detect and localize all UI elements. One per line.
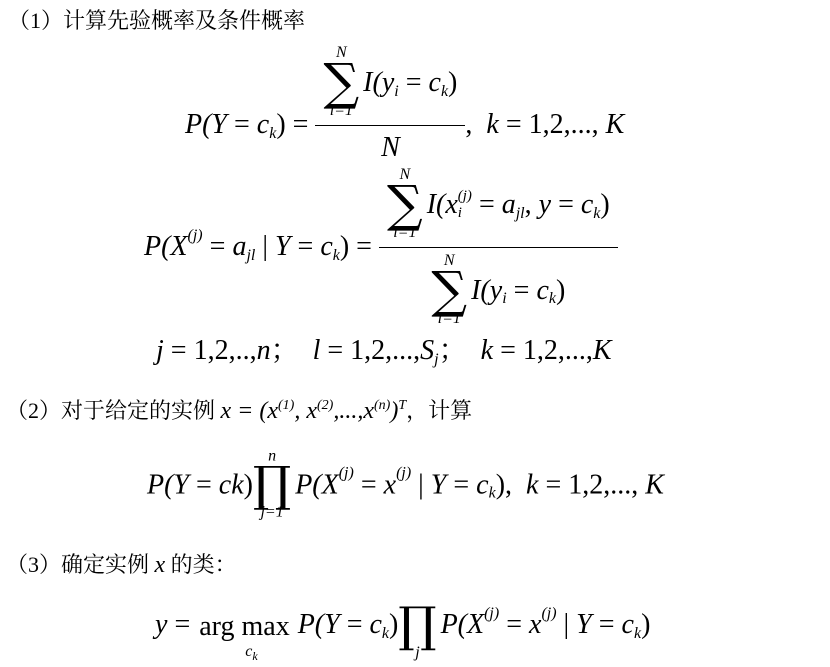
math-token: = — [399, 66, 429, 100]
product-operator: ∏ j — [398, 606, 436, 662]
math-token: c — [622, 608, 634, 642]
math-token: c — [245, 643, 252, 660]
math-token: c — [369, 608, 381, 642]
numerator-content: N ∑ i=1 I(yi = ck) — [323, 45, 457, 120]
subscript-j: j — [434, 352, 438, 368]
math-token: I(y — [363, 66, 394, 100]
math-token: c — [536, 274, 548, 308]
math-token: c — [257, 108, 269, 142]
formula-posterior-product: P(Y = ck) n ∏ j=1 P(X(j) = x(j) | Y = ck… — [147, 449, 664, 522]
fraction-denominator: N ∑ i=1 I(yi = ck) — [379, 247, 618, 329]
pi-icon: ∏ — [398, 606, 436, 645]
subscript-i: i — [394, 84, 398, 100]
math-token: = — [354, 468, 384, 502]
math-token: = — [472, 188, 502, 222]
math-token: Y — [576, 608, 592, 642]
math-token: = — [507, 274, 537, 308]
math-token: I(x — [427, 188, 458, 222]
formula-conditional-probability: P(X(j) = ajl | Y = ck) = N ∑ i=1 I(x(j)i… — [144, 165, 618, 329]
section-1-heading-text: （1）计算先验概率及条件概率 — [8, 6, 305, 36]
math-token: P(Y — [147, 468, 189, 502]
math-token: = 1,2,..., — [538, 468, 645, 502]
superscript-j: (j) — [396, 466, 411, 482]
math-token: c — [476, 468, 488, 502]
subscript-k: k — [549, 291, 556, 307]
denominator-content: N ∑ i=1 I(yi = ck) — [431, 253, 565, 328]
math-token: P(X — [441, 608, 485, 642]
subscript-k: k — [489, 486, 496, 502]
math-token: x — [529, 608, 541, 642]
math-token: k — [526, 468, 538, 502]
math-token: = 1,2,.., — [164, 334, 257, 368]
subscript-k: k — [333, 248, 340, 264]
math-token: P(Y — [298, 608, 340, 642]
sum-operator: N ∑ i=1 — [323, 45, 359, 120]
argmax-operator: arg max ck — [199, 610, 289, 660]
superscript-j: (j) — [458, 188, 472, 205]
math-token: = — [446, 468, 476, 502]
math-token: ) — [389, 608, 398, 642]
sum-operator: N ∑ i=1 — [387, 167, 423, 242]
subscript-i: i — [458, 205, 462, 222]
superscript-1: (1) — [278, 399, 294, 413]
math-token: ) — [556, 274, 565, 308]
math-token: k — [486, 108, 498, 142]
math-token: ) = — [340, 230, 379, 264]
subscript-k: k — [382, 626, 389, 642]
formula-index-ranges: j = 1,2,..,n； l = 1,2,...,Sj； k = 1,2,..… — [156, 334, 612, 368]
conditional-bar: | — [255, 230, 275, 264]
math-token: = — [592, 608, 622, 642]
subscript-k: k — [269, 126, 276, 142]
math-token: a — [502, 188, 516, 222]
math-token: P(Y — [185, 108, 227, 142]
product-operator: n ∏ j=1 — [253, 449, 291, 522]
subscript-jl: jl — [246, 248, 255, 264]
math-token: = — [551, 188, 581, 222]
math-token: , — [294, 398, 306, 425]
math-token: ) — [244, 468, 253, 502]
math-token: j — [156, 334, 164, 368]
math-token: x — [221, 398, 232, 425]
superscript-j: (j) — [188, 228, 203, 244]
superscript-n: (n) — [374, 399, 390, 413]
sum-lower-limit: i=1 — [393, 225, 416, 242]
math-token: c — [429, 66, 441, 100]
math-token: = — [167, 608, 197, 642]
math-token: ) — [390, 398, 398, 425]
sigma-icon: ∑ — [431, 270, 467, 311]
superscript-j: (j) — [541, 606, 556, 622]
math-token: K — [593, 334, 612, 368]
math-token: ) — [448, 66, 457, 100]
fraction-numerator: N ∑ i=1 I(yi = ck) — [315, 41, 465, 125]
math-token: x — [267, 398, 278, 425]
math-token: n — [257, 334, 271, 368]
sum-operator: N ∑ i=1 — [431, 253, 467, 328]
math-token: x — [306, 398, 317, 425]
superscript-T: T — [398, 399, 406, 413]
math-token: x — [384, 468, 396, 502]
conditional-bar: | — [557, 608, 577, 642]
math-token: = — [291, 230, 321, 264]
math-token: a — [232, 230, 246, 264]
formula-argmax-classifier: y = arg max ck P(Y = ck) ∏ j P(X(j) = x(… — [155, 597, 650, 653]
math-token: = 1,2,..., — [499, 108, 606, 142]
math-token: N — [381, 131, 400, 165]
math-token: y — [539, 188, 551, 222]
section-3-heading-suffix: 的类： — [165, 550, 237, 580]
section-1-heading: （1）计算先验概率及条件概率 — [8, 6, 305, 36]
math-token: = — [189, 468, 219, 502]
sigma-icon: ∑ — [323, 62, 359, 103]
math-token: = — [499, 608, 529, 642]
math-token: ,..., — [333, 398, 363, 425]
math-token: ) = — [276, 108, 315, 142]
section-3-heading-text: （3）确定实例 — [6, 550, 155, 580]
math-token: = ( — [231, 398, 267, 425]
sum-lower-limit: i=1 — [330, 103, 353, 120]
math-token: k — [481, 334, 493, 368]
denominator-content: N — [381, 131, 400, 165]
math-token: Y — [431, 468, 447, 502]
math-token: K — [645, 468, 664, 502]
product-lower-limit: j=1 — [260, 505, 283, 522]
stacked-sup-sub: (j)i — [458, 188, 472, 221]
math-token: , — [465, 108, 486, 142]
superscript-j: (j) — [484, 606, 499, 622]
math-token: Y — [275, 230, 291, 264]
subscript-k: k — [441, 84, 448, 100]
math-token: P(X — [144, 230, 188, 264]
math-token: y — [155, 608, 167, 642]
pi-icon: ∏ — [253, 465, 291, 504]
math-token: x — [155, 552, 166, 579]
math-token: , — [525, 188, 539, 222]
argmax-under-script: ck — [199, 644, 257, 660]
semicolon: ； — [439, 334, 481, 368]
math-token: = — [227, 108, 257, 142]
superscript-j: (j) — [339, 466, 354, 482]
math-token: = — [340, 608, 370, 642]
math-token: c — [320, 230, 332, 264]
sigma-icon: ∑ — [387, 184, 423, 225]
semicolon: ； — [271, 334, 313, 368]
math-token: ), — [496, 468, 526, 502]
math-token: x — [363, 398, 374, 425]
math-token: ck — [219, 468, 244, 502]
subscript-jl: jl — [516, 206, 525, 222]
math-token: P(X — [295, 468, 339, 502]
fraction: N ∑ i=1 I(x(j)i = ajl, y = ck) N ∑ i=1 I… — [379, 165, 618, 329]
product-lower-limit: j — [415, 645, 419, 662]
math-token: = — [203, 230, 233, 264]
math-token: c — [581, 188, 593, 222]
argmax-label: arg max — [199, 610, 289, 644]
math-token: ) — [600, 188, 609, 222]
section-3-heading: （3）确定实例 x 的类： — [6, 550, 237, 580]
math-token: l — [313, 334, 321, 368]
conditional-bar: | — [411, 468, 431, 502]
subscript-k: k — [634, 626, 641, 642]
section-2-heading: （2）对于给定的实例 x = (x(1), x(2),...,x(n))T，计算 — [6, 396, 472, 426]
math-token: = 1,2,..., — [493, 334, 593, 368]
section-2-heading-text: （2）对于给定的实例 — [6, 396, 221, 426]
numerator-content: N ∑ i=1 I(x(j)i = ajl, y = ck) — [387, 167, 610, 242]
math-token: = 1,2,..., — [320, 334, 420, 368]
math-token: I(y — [471, 274, 502, 308]
subscript-i: i — [502, 291, 506, 307]
fraction-numerator: N ∑ i=1 I(x(j)i = ajl, y = ck) — [379, 165, 618, 247]
subscript-k: k — [252, 650, 257, 662]
math-token: S — [420, 334, 434, 368]
section-2-heading-suffix: ，计算 — [406, 396, 472, 426]
math-token: K — [606, 108, 625, 142]
superscript-2: (2) — [317, 399, 333, 413]
math-token: ) — [641, 608, 650, 642]
sum-lower-limit: i=1 — [438, 311, 461, 328]
document-page: （1）计算先验概率及条件概率 P(Y = ck) = N ∑ i=1 I(yi … — [0, 0, 830, 667]
subscript-k: k — [593, 206, 600, 222]
